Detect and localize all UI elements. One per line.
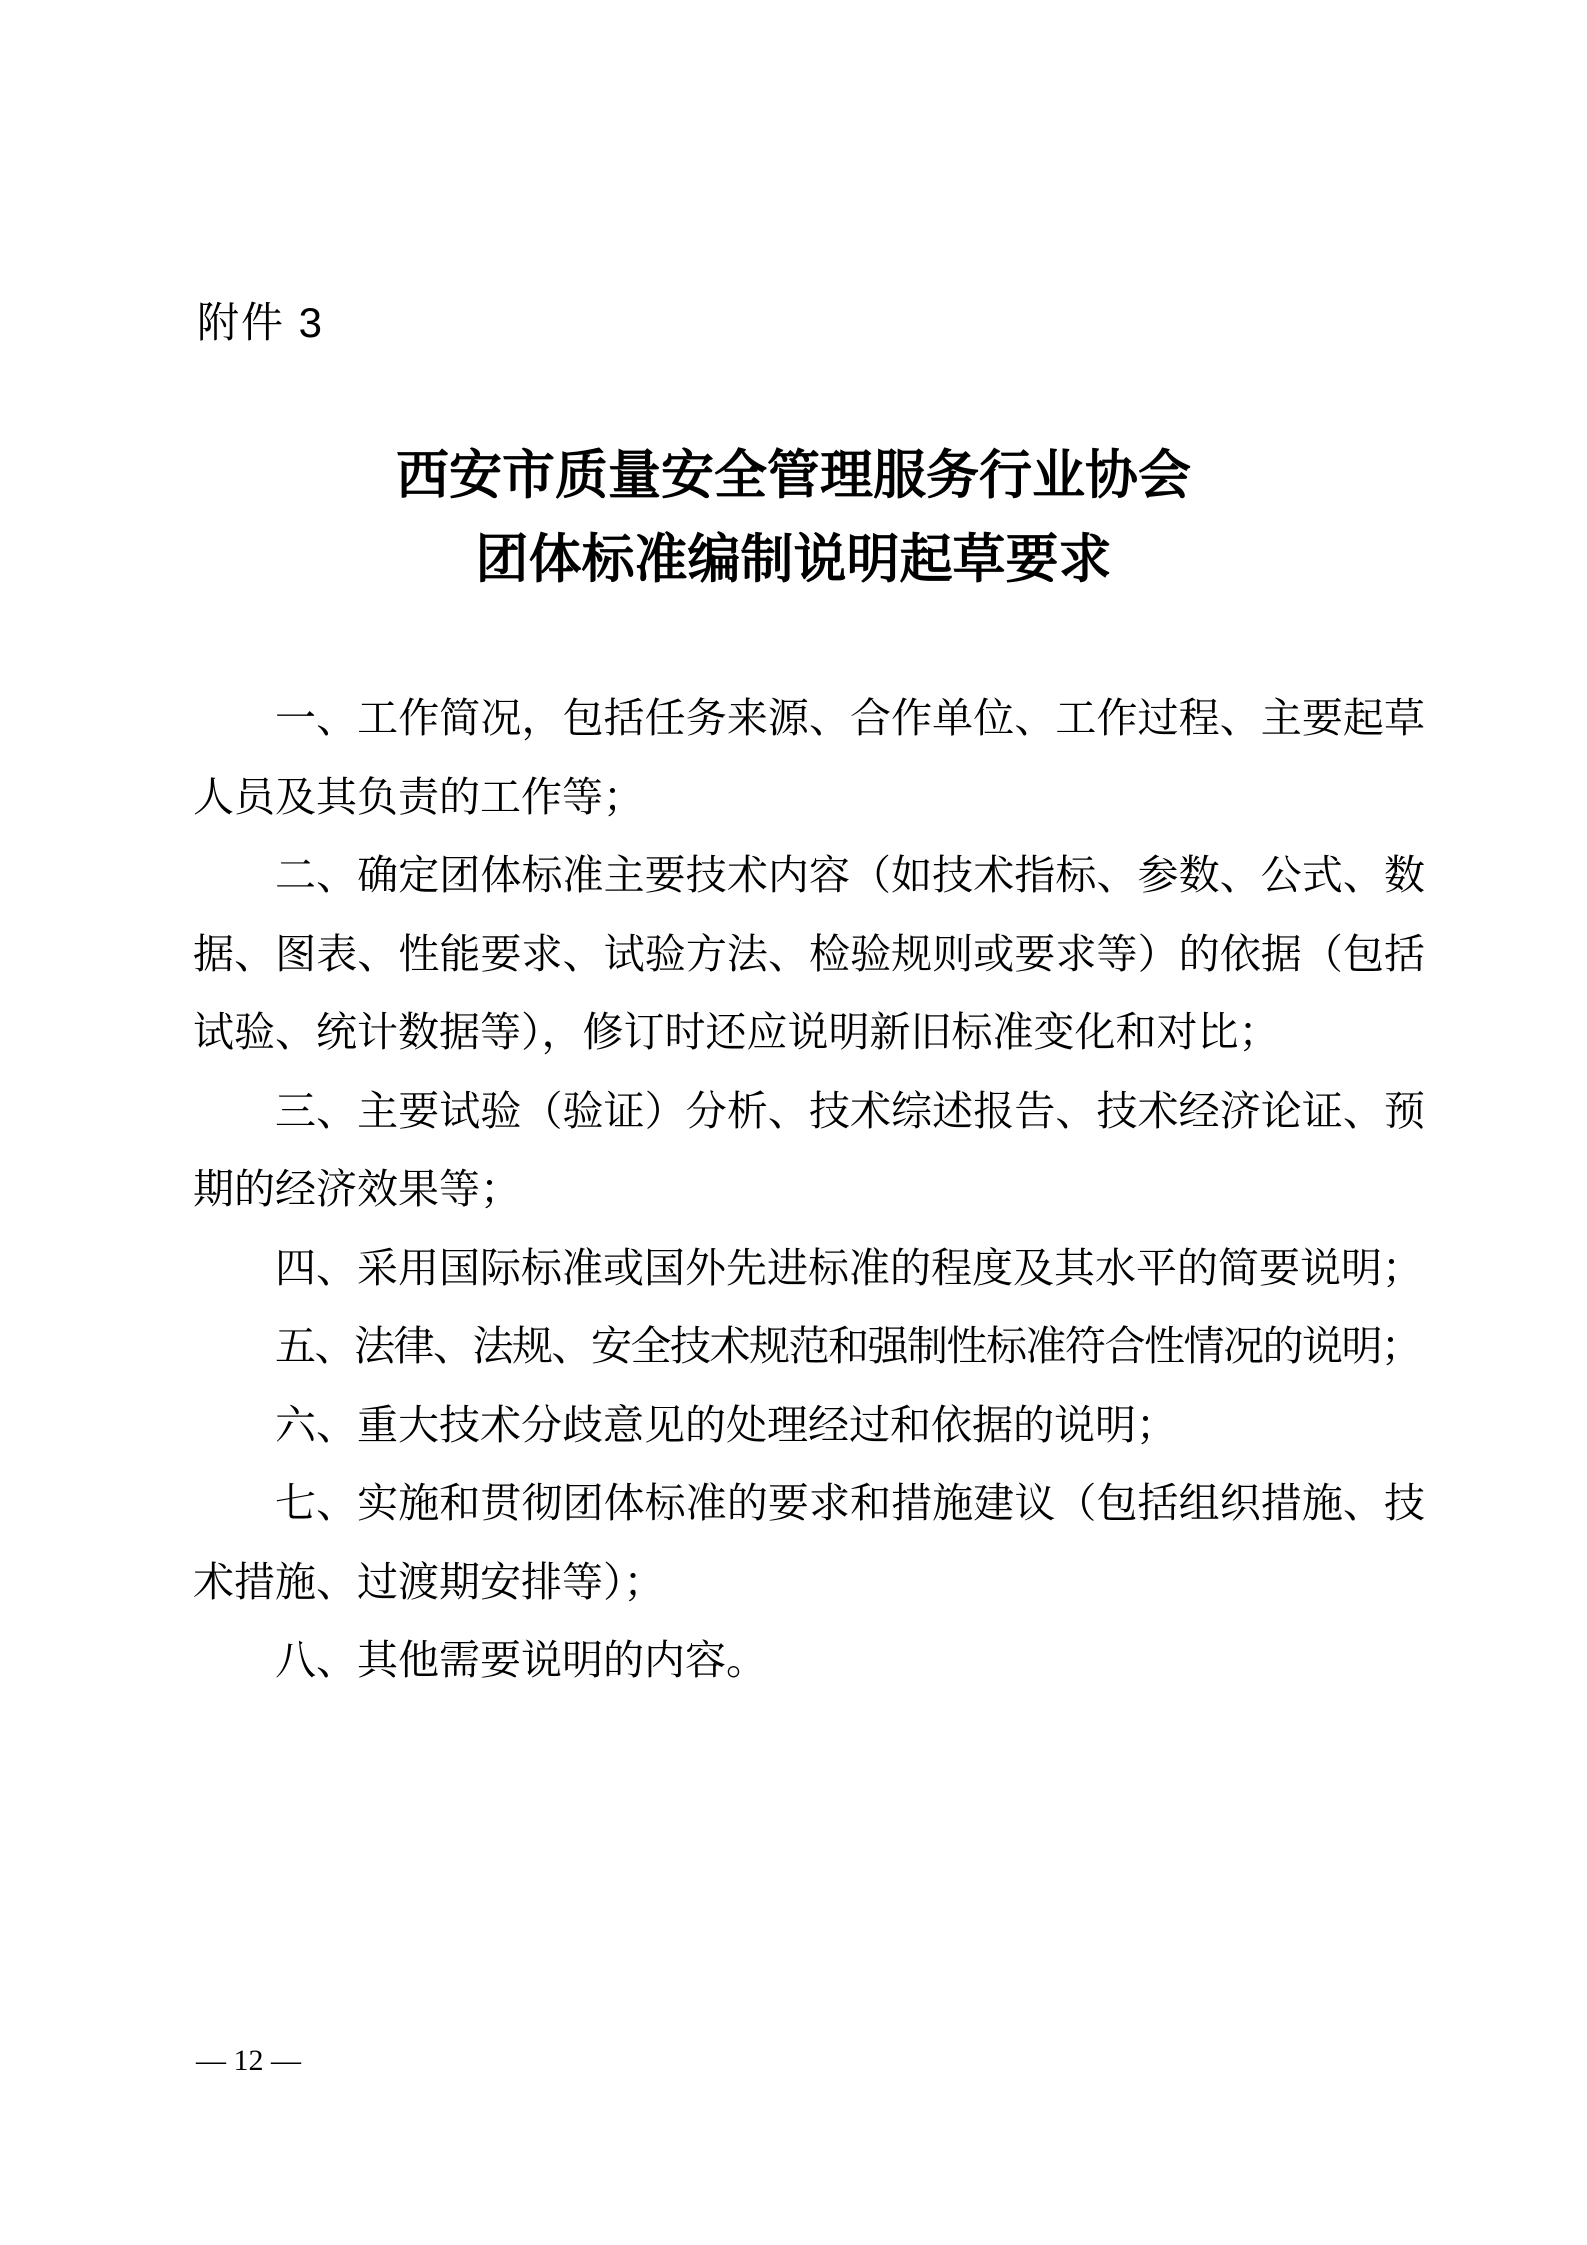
document-title: 西安市质量安全管理服务行业协会 团体标准编制说明起草要求	[0, 434, 1587, 602]
paragraph-4: 四、采用国际标准或国外先进标准的程度及其水平的简要说明；	[193, 1229, 1425, 1308]
document-page: 附件 3 西安市质量安全管理服务行业协会 团体标准编制说明起草要求 一、工作简况…	[0, 0, 1587, 2245]
document-title-line-1: 西安市质量安全管理服务行业协会	[0, 434, 1587, 518]
paragraph-3: 三、主要试验（验证）分析、技术综述报告、技术经济论证、预期的经济效果等；	[193, 1072, 1425, 1229]
document-title-line-2: 团体标准编制说明起草要求	[0, 518, 1587, 602]
paragraph-5: 五、法律、法规、安全技术规范和强制性标准符合性情况的说明；	[193, 1307, 1425, 1386]
page-number: — 12 —	[196, 2044, 301, 2078]
attachment-label: 附件 3	[197, 300, 324, 346]
paragraph-7: 七、实施和贯彻团体标准的要求和措施建议（包括组织措施、技术措施、过渡期安排等）；	[193, 1464, 1425, 1621]
paragraph-2: 二、确定团体标准主要技术内容（如技术指标、参数、公式、数据、图表、性能要求、试验…	[193, 836, 1425, 1072]
document-body: 一、工作简况，包括任务来源、合作单位、工作过程、主要起草人员及其负责的工作等； …	[193, 679, 1425, 1700]
paragraph-1: 一、工作简况，包括任务来源、合作单位、工作过程、主要起草人员及其负责的工作等；	[193, 679, 1425, 836]
paragraph-6: 六、重大技术分歧意见的处理经过和依据的说明；	[193, 1386, 1425, 1465]
paragraph-8: 八、其他需要说明的内容。	[193, 1621, 1425, 1700]
